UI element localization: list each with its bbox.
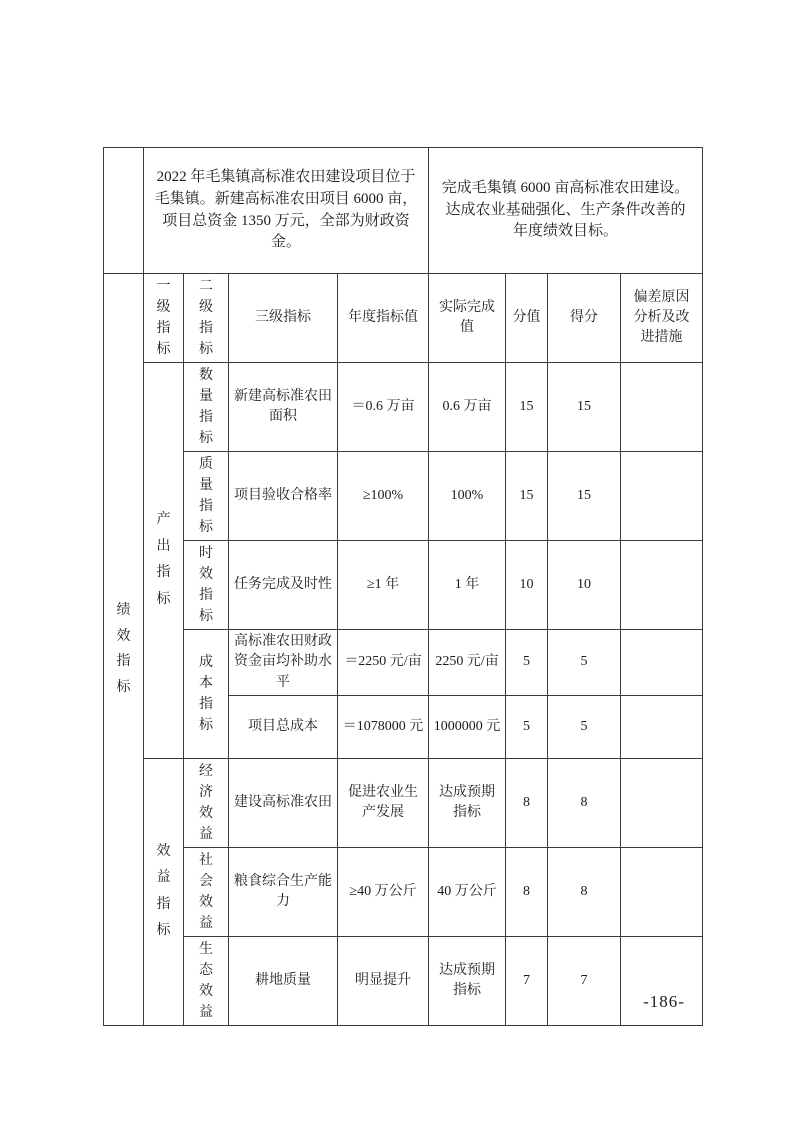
header-annual-target: 年度指标值 xyxy=(338,274,429,363)
target-cell: ≥40 万公斤 xyxy=(338,847,429,936)
target-cell: ＝2250 元/亩 xyxy=(338,630,429,696)
level3-cell: 耕地质量 xyxy=(229,936,338,1025)
score-cell: 8 xyxy=(548,847,621,936)
score-cell: 7 xyxy=(548,936,621,1025)
table-row-timeliness: 时效指标 任务完成及时性 ≥1 年 1 年 10 10 xyxy=(104,541,703,630)
page-number: -186- xyxy=(624,992,704,1012)
project-description-cell: 2022 年毛集镇高标准农田建设项目位于 毛集镇。新建高标准农田项目 6000 … xyxy=(144,148,429,274)
subgroup-quantity-cell: 数量指标 xyxy=(184,363,229,452)
target-cell: ≥100% xyxy=(338,452,429,541)
deviation-cell xyxy=(621,847,703,936)
subgroup-timeliness-cell: 时效指标 xyxy=(184,541,229,630)
score-cell: 5 xyxy=(548,630,621,696)
level3-cell: 任务完成及时性 xyxy=(229,541,338,630)
actual-cell: 40 万公斤 xyxy=(429,847,506,936)
target-cell: ＝1078000 元 xyxy=(338,695,429,758)
table-row-cost-subsidy: 成本指标 高标准农田财政资金亩均补助水平 ＝2250 元/亩 2250 元/亩 … xyxy=(104,630,703,696)
score-cell: 5 xyxy=(548,695,621,758)
actual-cell: 1 年 xyxy=(429,541,506,630)
points-cell: 8 xyxy=(506,847,548,936)
summary-row: 2022 年毛集镇高标准农田建设项目位于 毛集镇。新建高标准农田项目 6000 … xyxy=(104,148,703,274)
points-cell: 5 xyxy=(506,630,548,696)
performance-indicator-table: 2022 年毛集镇高标准农田建设项目位于 毛集镇。新建高标准农田项目 6000 … xyxy=(103,147,703,1026)
score-cell: 8 xyxy=(548,758,621,847)
subgroup-ecological-cell: 生态效益 xyxy=(184,936,229,1025)
subgroup-quality-cell: 质量指标 xyxy=(184,452,229,541)
deviation-cell xyxy=(621,630,703,696)
points-cell: 7 xyxy=(506,936,548,1025)
deviation-cell xyxy=(621,695,703,758)
header-score: 得分 xyxy=(548,274,621,363)
actual-cell: 0.6 万亩 xyxy=(429,363,506,452)
actual-cell: 2250 元/亩 xyxy=(429,630,506,696)
table-header-row: 绩效指标 一级指标 二级指标 三级指标 年度指标值 实际完成值 分值 得分 偏差… xyxy=(104,274,703,363)
deviation-cell xyxy=(621,936,703,1025)
subgroup-cost-cell: 成本指标 xyxy=(184,630,229,759)
level3-cell: 项目总成本 xyxy=(229,695,338,758)
header-level2: 二级指标 xyxy=(184,274,229,363)
header-points: 分值 xyxy=(506,274,548,363)
points-cell: 15 xyxy=(506,452,548,541)
score-cell: 10 xyxy=(548,541,621,630)
points-cell: 15 xyxy=(506,363,548,452)
header-actual-value: 实际完成值 xyxy=(429,274,506,363)
header-level3: 三级指标 xyxy=(229,274,338,363)
score-cell: 15 xyxy=(548,452,621,541)
table-row-ecological: 生态效益 耕地质量 明显提升 达成预期指标 7 7 xyxy=(104,936,703,1025)
target-cell: 促进农业生产发展 xyxy=(338,758,429,847)
annual-goal-cell: 完成毛集镇 6000 亩高标准农田建设。 达成农业基础强化、生产条件改善的 年度… xyxy=(429,148,703,274)
summary-spacer-cell xyxy=(104,148,144,274)
level3-cell: 建设高标准农田 xyxy=(229,758,338,847)
deviation-cell xyxy=(621,758,703,847)
level3-cell: 高标准农田财政资金亩均补助水平 xyxy=(229,630,338,696)
target-cell: ≥1 年 xyxy=(338,541,429,630)
points-cell: 8 xyxy=(506,758,548,847)
table-row-quantity: 产出指标 数量指标 新建高标准农田面积 ＝0.6 万亩 0.6 万亩 15 15 xyxy=(104,363,703,452)
level3-cell: 新建高标准农田面积 xyxy=(229,363,338,452)
table-row-social: 社会效益 粮食综合生产能力 ≥40 万公斤 40 万公斤 8 8 xyxy=(104,847,703,936)
row-group-label-cell: 绩效指标 xyxy=(104,274,144,1026)
row-group-label: 绩效指标 xyxy=(116,598,131,702)
header-level1: 一级指标 xyxy=(144,274,184,363)
document-page: 2022 年毛集镇高标准农田建设项目位于 毛集镇。新建高标准农田项目 6000 … xyxy=(0,0,794,1122)
group-output-cell: 产出指标 xyxy=(144,363,184,759)
deviation-cell xyxy=(621,363,703,452)
points-cell: 5 xyxy=(506,695,548,758)
target-cell: ＝0.6 万亩 xyxy=(338,363,429,452)
group-benefit-cell: 效益指标 xyxy=(144,758,184,1025)
deviation-cell xyxy=(621,541,703,630)
table-row-quality: 质量指标 项目验收合格率 ≥100% 100% 15 15 xyxy=(104,452,703,541)
actual-cell: 100% xyxy=(429,452,506,541)
subgroup-social-cell: 社会效益 xyxy=(184,847,229,936)
level3-cell: 粮食综合生产能力 xyxy=(229,847,338,936)
deviation-cell xyxy=(621,452,703,541)
target-cell: 明显提升 xyxy=(338,936,429,1025)
table-row-economic: 效益指标 经济效益 建设高标准农田 促进农业生产发展 达成预期指标 8 8 xyxy=(104,758,703,847)
actual-cell: 1000000 元 xyxy=(429,695,506,758)
level3-cell: 项目验收合格率 xyxy=(229,452,338,541)
score-cell: 15 xyxy=(548,363,621,452)
subgroup-economic-cell: 经济效益 xyxy=(184,758,229,847)
actual-cell: 达成预期指标 xyxy=(429,936,506,1025)
actual-cell: 达成预期指标 xyxy=(429,758,506,847)
header-deviation: 偏差原因分析及改进措施 xyxy=(621,274,703,363)
points-cell: 10 xyxy=(506,541,548,630)
